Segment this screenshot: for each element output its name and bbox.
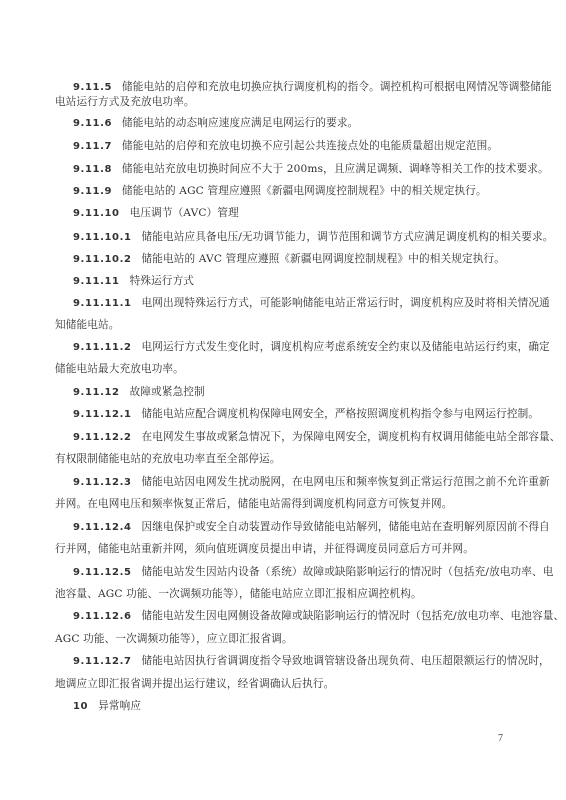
clause-number: 9.11.10.1 [73, 232, 132, 243]
clause-text: 知储能电站。 [55, 319, 119, 331]
clause-line: 9.11.11.2电网运行方式发生变化时，调度机构应考虑系统安全约束以及储能电站… [73, 340, 533, 355]
clause-line: 9.11.5储能电站的启停和充放电切换应执行调度机构的指令。调控机构可根据电网情… [73, 80, 533, 95]
clause-text: 储能电站应具备电压/无功调节能力，调节范围和调节方式应满足调度机构的相关要求。 [142, 231, 554, 243]
page-number: 7 [498, 733, 503, 744]
clause-line: 9.11.10.1储能电站应具备电压/无功调节能力，调节范围和调节方式应满足调度… [73, 230, 533, 245]
document-page: 9.11.5储能电站的启停和充放电切换应执行调度机构的指令。调控机构可根据电网情… [0, 0, 566, 800]
clause-text: 电网出现特殊运行方式，可能影响储能电站正常运行时，调度机构应及时将相关情况通 [142, 297, 550, 309]
clause-number: 9.11.11 [73, 276, 120, 287]
clause-continuation-line: 电站运行方式及充放电功率。 [55, 95, 515, 109]
clause-text: 池容量、AGC 功能、一次调频功能等），储能电站应立即汇报相应调控机构。 [55, 588, 422, 600]
clause-number: 9.11.8 [73, 164, 112, 175]
clause-text: 储能电站充放电切换时间应不大于 200ms，且应满足调频、调峰等相关工作的技术要… [122, 163, 549, 175]
clause-continuation-line: 行并网，储能电站重新并网，须向值班调度员提出申请，并征得调度员同意后方可并网。 [55, 542, 515, 556]
clause-line: 9.11.9储能电站的 AGC 管理应遵照《新疆电网调度控制规程》中的相关规定执… [73, 184, 533, 199]
clause-number: 9.11.10 [73, 208, 120, 219]
clause-number: 9.11.10.2 [73, 254, 132, 265]
clause-text: 储能电站的启停和充放电切换不应引起公共连接点处的电能质量超出规定范围。 [122, 140, 498, 152]
clause-number: 9.11.12.7 [73, 656, 132, 667]
clause-number: 9.11.12.1 [73, 409, 132, 420]
clause-text: 行并网，储能电站重新并网，须向值班调度员提出申请，并征得调度员同意后方可并网。 [55, 543, 474, 555]
clause-text: 特殊运行方式 [130, 275, 194, 287]
clause-line: 9.11.11.1电网出现特殊运行方式，可能影响储能电站正常运行时，调度机构应及… [73, 296, 533, 311]
clause-line: 9.11.12故障或紧急控制 [73, 385, 533, 400]
clause-line: 10异常响应 [73, 699, 533, 714]
clause-text: 因继电保护或安全自动装置动作导致储能电站解列，储能电站在查明解列原因前不得自 [142, 521, 550, 533]
clause-text: 电压调节（AVC）管理 [130, 207, 239, 219]
clause-text: 储能电站应配合调度机构保障电网安全，严格按照调度机构指令参与电网运行控制。 [142, 408, 540, 420]
clause-text: 储能电站因执行省调调度指令导致地调管辖设备出现负荷、电压超限额运行的情况时， [142, 655, 550, 667]
clause-line: 9.11.12.3储能电站因电网发生扰动脱网，在电网电压和频率恢复到正常运行范围… [73, 475, 533, 490]
clause-text: 有权限制储能电站的充放电功率直至全部停运。 [55, 453, 281, 465]
clause-line: 9.11.10电压调节（AVC）管理 [73, 206, 533, 221]
clause-line: 9.11.10.2储能电站的 AVC 管理应遵照《新疆电网调度控制规程》中的相关… [73, 252, 533, 267]
clause-text: 电网运行方式发生变化时，调度机构应考虑系统安全约束以及储能电站运行约束，确定 [142, 341, 550, 353]
clause-continuation-line: 知储能电站。 [55, 318, 515, 332]
clause-number: 9.11.11.1 [73, 298, 132, 309]
clause-number: 9.11.9 [73, 186, 112, 197]
clause-line: 9.11.12.4因继电保护或安全自动装置动作导致储能电站解列，储能电站在查明解… [73, 520, 533, 535]
clause-number: 9.11.12.4 [73, 522, 132, 533]
clause-continuation-line: 有权限制储能电站的充放电功率直至全部停运。 [55, 452, 515, 466]
clause-number: 9.11.12.5 [73, 567, 132, 578]
clause-text: 储能电站最大充放电功率。 [55, 363, 184, 375]
clause-line: 9.11.12.5储能电站发生因站内设备（系统）故障或缺陷影响运行的情况时（包括… [73, 565, 533, 580]
clause-line: 9.11.12.6储能电站发生因电网侧设备故障或缺陷影响运行的情况时（包括充/放… [73, 609, 533, 624]
clause-number: 9.11.11.2 [73, 342, 132, 353]
clause-line: 9.11.12.1储能电站应配合调度机构保障电网安全，严格按照调度机构指令参与电… [73, 407, 533, 422]
clause-line: 9.11.11特殊运行方式 [73, 274, 533, 289]
clause-line: 9.11.6储能电站的动态响应速度应满足电网运行的要求。 [73, 116, 533, 131]
clause-number: 10 [73, 701, 88, 712]
clause-line: 9.11.12.7储能电站因执行省调调度指令导致地调管辖设备出现负荷、电压超限额… [73, 654, 533, 669]
clause-continuation-line: 并网。在电网电压和频率恢复正常后，储能电站需得到调度机构同意方可恢复并网。 [55, 497, 515, 511]
clause-line: 9.11.8储能电站充放电切换时间应不大于 200ms，且应满足调频、调峰等相关… [73, 162, 533, 177]
clause-line: 9.11.7储能电站的启停和充放电切换不应引起公共连接点处的电能质量超出规定范围… [73, 139, 533, 154]
clause-number: 9.11.6 [73, 118, 112, 129]
clause-number: 9.11.12.2 [73, 432, 132, 443]
clause-text: 储能电站因电网发生扰动脱网，在电网电压和频率恢复到正常运行范围之前不允许重新 [142, 476, 550, 488]
clause-text: AGC 功能、一次调频功能等），应立即汇报省调。 [55, 633, 293, 645]
clause-text: 储能电站的 AGC 管理应遵照《新疆电网调度控制规程》中的相关规定执行。 [122, 185, 487, 197]
clause-number: 9.11.5 [73, 82, 112, 93]
clause-text: 并网。在电网电压和频率恢复正常后，储能电站需得到调度机构同意方可恢复并网。 [55, 498, 453, 510]
clause-text: 储能电站的 AVC 管理应遵照《新疆电网调度控制规程》中的相关规定执行。 [142, 253, 505, 265]
clause-text: 储能电站发生因电网侧设备故障或缺陷影响运行的情况时（包括充/放电功率、电池容量、 [142, 610, 565, 622]
clause-continuation-line: 池容量、AGC 功能、一次调频功能等），储能电站应立即汇报相应调控机构。 [55, 587, 515, 601]
clause-number: 9.11.7 [73, 141, 112, 152]
clause-text: 电站运行方式及充放电功率。 [55, 96, 195, 108]
clause-text: 地调应立即汇报省调并提出运行建议，经省调确认后执行。 [55, 678, 334, 690]
clause-line: 9.11.12.2在电网发生事故或紧急情况下，为保障电网安全，调度机构有权调用储… [73, 430, 533, 445]
clause-text: 储能电站的启停和充放电切换应执行调度机构的指令。调控机构可根据电网情况等调整储能 [122, 81, 552, 93]
clause-continuation-line: 地调应立即汇报省调并提出运行建议，经省调确认后执行。 [55, 677, 515, 691]
clause-continuation-line: 储能电站最大充放电功率。 [55, 362, 515, 376]
clause-text: 储能电站发生因站内设备（系统）故障或缺陷影响运行的情况时（包括充/放电功率、电 [142, 566, 554, 578]
clause-continuation-line: AGC 功能、一次调频功能等），应立即汇报省调。 [55, 632, 515, 646]
clause-text: 储能电站的动态响应速度应满足电网运行的要求。 [122, 117, 358, 129]
clause-number: 9.11.12.6 [73, 611, 132, 622]
clause-number: 9.11.12 [73, 387, 120, 398]
clause-text: 异常响应 [98, 700, 141, 712]
clause-text: 故障或紧急控制 [130, 386, 205, 398]
clause-text: 在电网发生事故或紧急情况下，为保障电网安全，调度机构有权调用储能电站全部容量、 [142, 431, 561, 443]
clause-number: 9.11.12.3 [73, 477, 132, 488]
